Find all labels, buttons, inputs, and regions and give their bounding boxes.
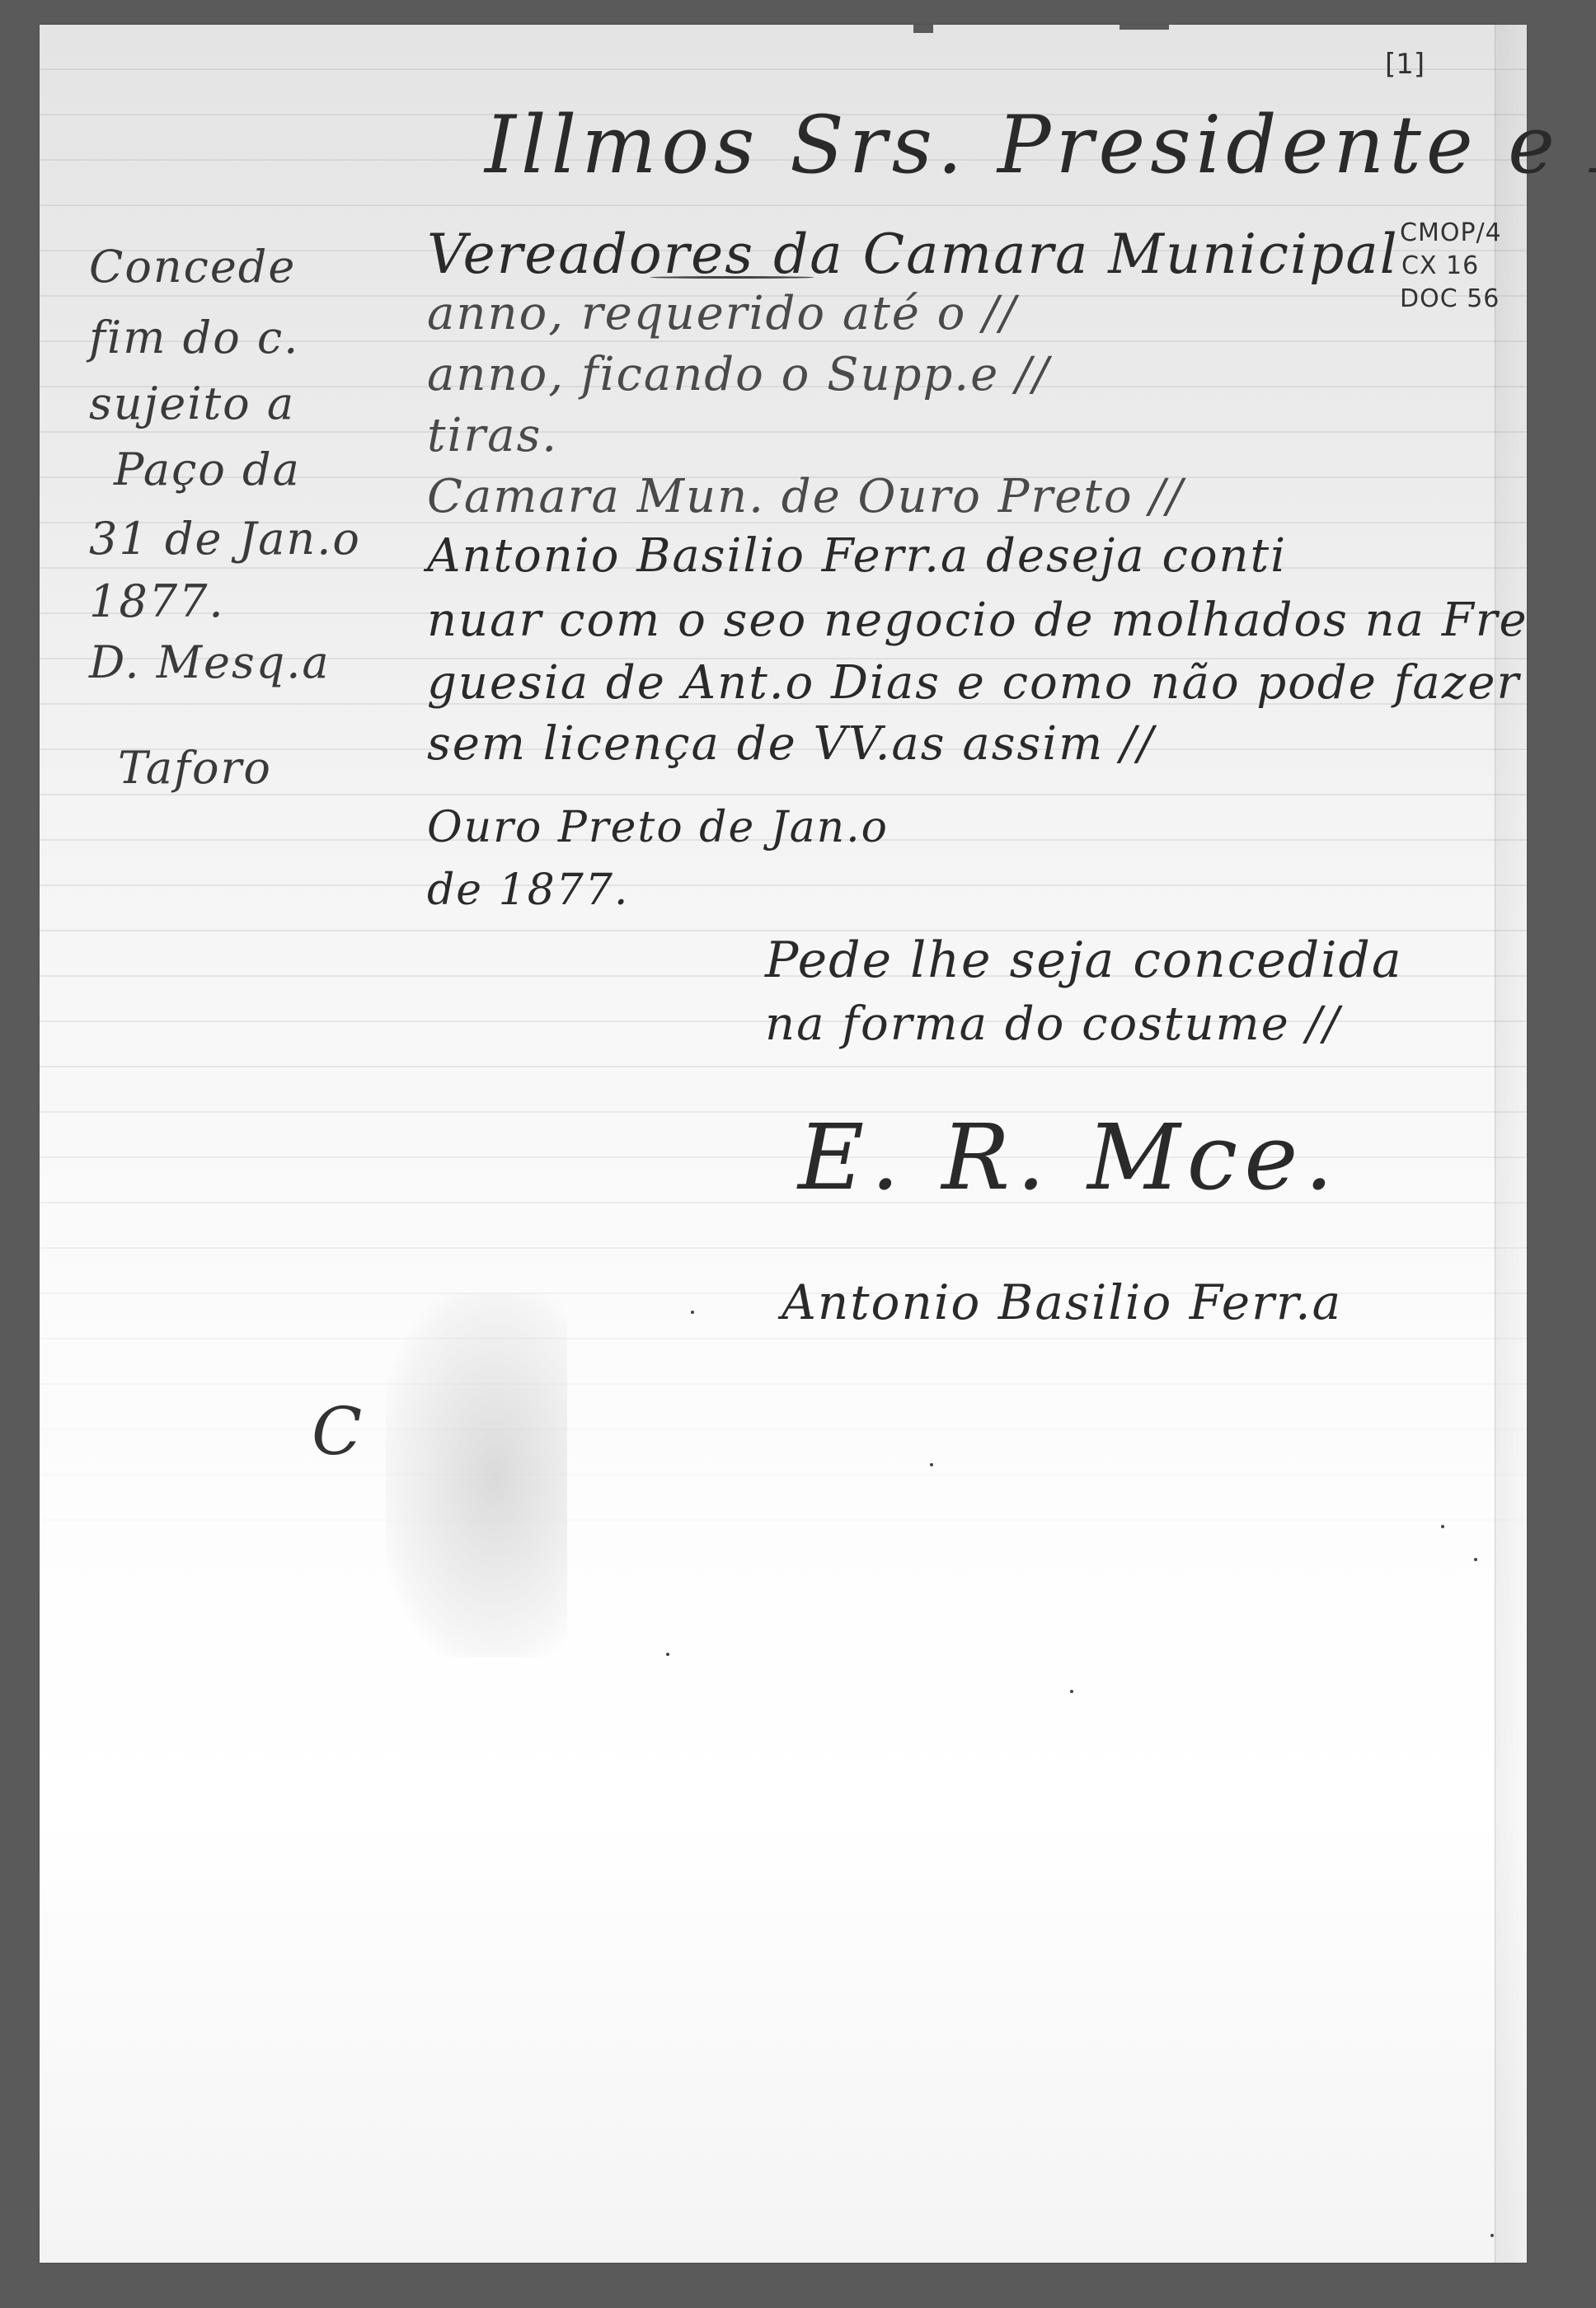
request-line-2: na forma do costume // [765,997,1340,1051]
page-number: [1] [1385,48,1425,81]
page-edge-notch [1120,25,1169,30]
body-line-2: anno, ficando o Supp.e // [427,348,1050,401]
margin-note-line-8: Taforo [118,742,272,794]
margin-note-line-2: fim do c. [89,312,299,364]
ink-speck [1490,2234,1494,2237]
stray-mark: C [312,1393,364,1470]
place-date-line-2: de 1877. [427,865,629,915]
place-date-line-1: Ouro Preto de Jan.o [427,803,889,852]
document-page: [1] CMOP/4 CX 16 DOC 56 Illmos Srs. Pres… [40,25,1527,2263]
body-line-6: nuar com o seo negocio de molhados na Fr… [427,593,1528,647]
body-line-5: Antonio Basilio Ferr.a deseja conti [427,529,1287,583]
ink-speck [1474,1558,1477,1561]
request-line-1: Pede lhe seja concedida [765,931,1403,989]
paper-stain [386,1294,567,1657]
ink-speck [666,1653,669,1656]
camara-underline [650,276,814,279]
ink-speck [691,1311,694,1314]
ink-speck [1070,1690,1073,1693]
archive-collection: CMOP/4 [1400,221,1502,246]
body-line-3: tiras. [427,409,558,462]
salutation-line-1: Illmos Srs. Presidente e Mais [485,99,1596,191]
ink-speck [930,1463,933,1466]
body-line-7: guesia de Ant.o Dias e como não pode faz… [427,656,1520,710]
margin-note-line-7: D. Mesq.a [89,636,331,688]
body-line-1: anno, requerido até o // [427,287,1017,340]
ink-speck [1441,1525,1444,1528]
margin-note-line-5: 31 de Jan.o [89,513,361,565]
margin-note-line-4: Paço da [114,443,301,495]
archive-doc: DOC 56 [1400,287,1500,312]
signature: Antonio Basilio Ferr.a [782,1274,1342,1330]
margin-note-line-3: sujeito a [89,378,295,429]
margin-note-line-1: Concede [89,241,296,293]
page-edge-notch [913,25,933,33]
body-line-8: sem licença de VV.as assim // [427,717,1155,771]
archive-box: CX 16 [1401,254,1479,279]
closing-formula: E. R. Mce. [798,1105,1340,1210]
page-fold-edge [1495,25,1527,2263]
body-line-4: Camara Mun. de Ouro Preto // [427,470,1184,523]
salutation-line-2: Vereadores da Camara Municipal [427,223,1399,286]
margin-note-line-6: 1877. [89,575,225,627]
